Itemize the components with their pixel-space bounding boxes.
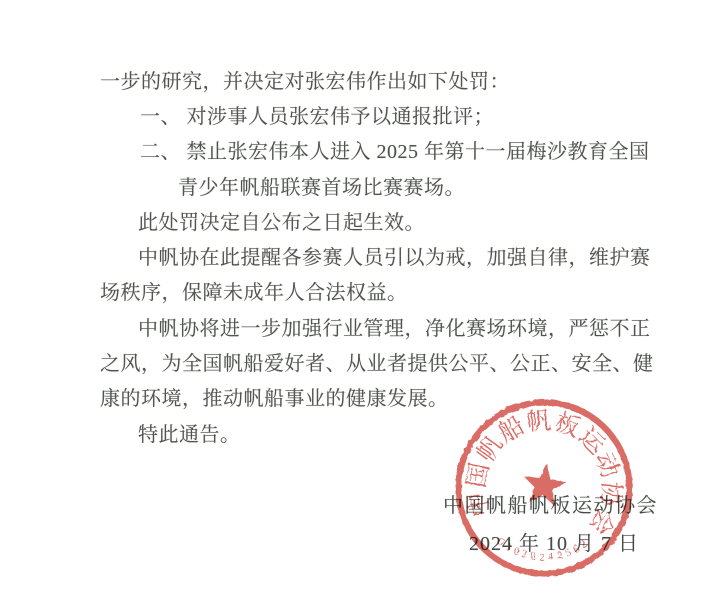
svg-text:国: 国	[463, 461, 494, 490]
svg-text:板: 板	[551, 408, 584, 443]
scanned-notice-page: 一步的研究，并决定对张宏伟作出如下处罚： 一、 对涉事人员张宏伟予以通报批评； …	[0, 0, 717, 597]
svg-text:帆: 帆	[471, 430, 508, 467]
signature-date: 2024 年 10 月 7 日	[469, 532, 639, 556]
body-line: 特此通告。	[138, 423, 241, 447]
body-line: 中帆协将进一步加强行业管理，净化赛场环境，严惩不正	[138, 317, 651, 341]
signature-organization: 中国帆船帆板运动协会	[443, 494, 658, 518]
body-line: 之风，为全国帆船爱好者、从业者提供公平、公正、安全、健	[100, 352, 654, 376]
body-line: 一步的研究，并决定对张宏伟作出如下处罚：	[100, 70, 510, 94]
body-line: 场秩序，保障未成年人合法权益。	[100, 281, 408, 305]
svg-text:运: 运	[573, 423, 610, 460]
svg-text:帆: 帆	[525, 406, 552, 436]
body-line-list-item: 一、 对涉事人员张宏伟予以通报批评；	[140, 105, 494, 129]
body-line-list-item: 二、 禁止张宏伟本人进入 2025 年第十一届梅沙教育全国	[140, 140, 650, 164]
body-line: 此处罚决定自公布之日起生效。	[138, 211, 425, 235]
body-line: 康的环境，推动帆船事业的健康发展。	[100, 387, 449, 411]
body-line: 中帆协在此提醒各参赛人员引以为戒，加强自律，维护赛	[138, 246, 651, 270]
body-line: 青少年帆船联赛首场比赛赛场。	[178, 176, 465, 200]
seal-ring-text: 中 国 帆 船 帆 板 运 动 协 会	[462, 406, 625, 539]
svg-text:船: 船	[494, 411, 529, 448]
svg-text:动: 动	[590, 449, 625, 482]
